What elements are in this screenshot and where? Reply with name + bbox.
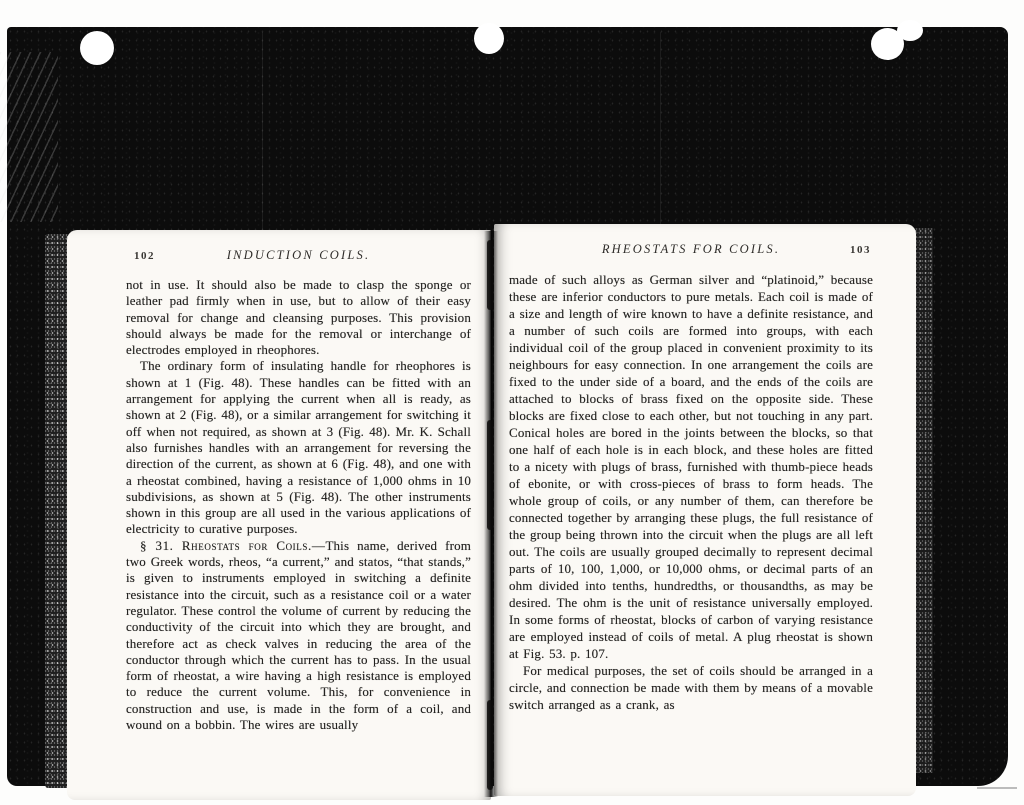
scanned-book-photocopy: 102 INDUCTION COILS. not in use. It shou… <box>0 0 1024 805</box>
paragraph: made of such alloys as German silver and… <box>509 271 873 662</box>
paragraph-text: This name, derived from two Greek words,… <box>126 538 471 732</box>
page-body-text: not in use. It should also be made to cl… <box>126 277 471 733</box>
running-head-title: RHEOSTATS FOR COILS. <box>602 242 780 257</box>
paragraph: The ordinary form of insulating handle f… <box>126 358 471 537</box>
book-right-edge <box>913 228 933 773</box>
paragraph: § 31. Rheostats for Coils.—This name, de… <box>126 538 471 734</box>
section-heading-inline: § 31. Rheostats for Coils.— <box>140 538 325 553</box>
gutter-ink-mark <box>487 420 493 530</box>
running-header: RHEOSTATS FOR COILS. 103 <box>509 242 873 258</box>
gutter-ink-mark <box>487 240 493 310</box>
book-page-left: 102 INDUCTION COILS. not in use. It shou… <box>67 230 491 800</box>
paragraph: For medical purposes, the set of coils s… <box>509 662 873 713</box>
running-head-title: INDUCTION COILS. <box>227 248 371 263</box>
punch-hole <box>80 31 114 65</box>
scan-streak-artifact <box>0 52 58 222</box>
gutter-ink-mark <box>487 700 493 790</box>
page-body-text: made of such alloys as German silver and… <box>509 271 873 713</box>
paragraph: not in use. It should also be made to cl… <box>126 277 471 358</box>
page-number: 103 <box>850 244 871 256</box>
book-page-right: RHEOSTATS FOR COILS. 103 made of such al… <box>494 224 916 796</box>
page-number: 102 <box>134 250 155 262</box>
punch-hole <box>474 23 504 54</box>
running-header: 102 INDUCTION COILS. <box>126 248 471 264</box>
scan-dash-artifact <box>977 787 1017 789</box>
punch-hole <box>897 20 923 41</box>
